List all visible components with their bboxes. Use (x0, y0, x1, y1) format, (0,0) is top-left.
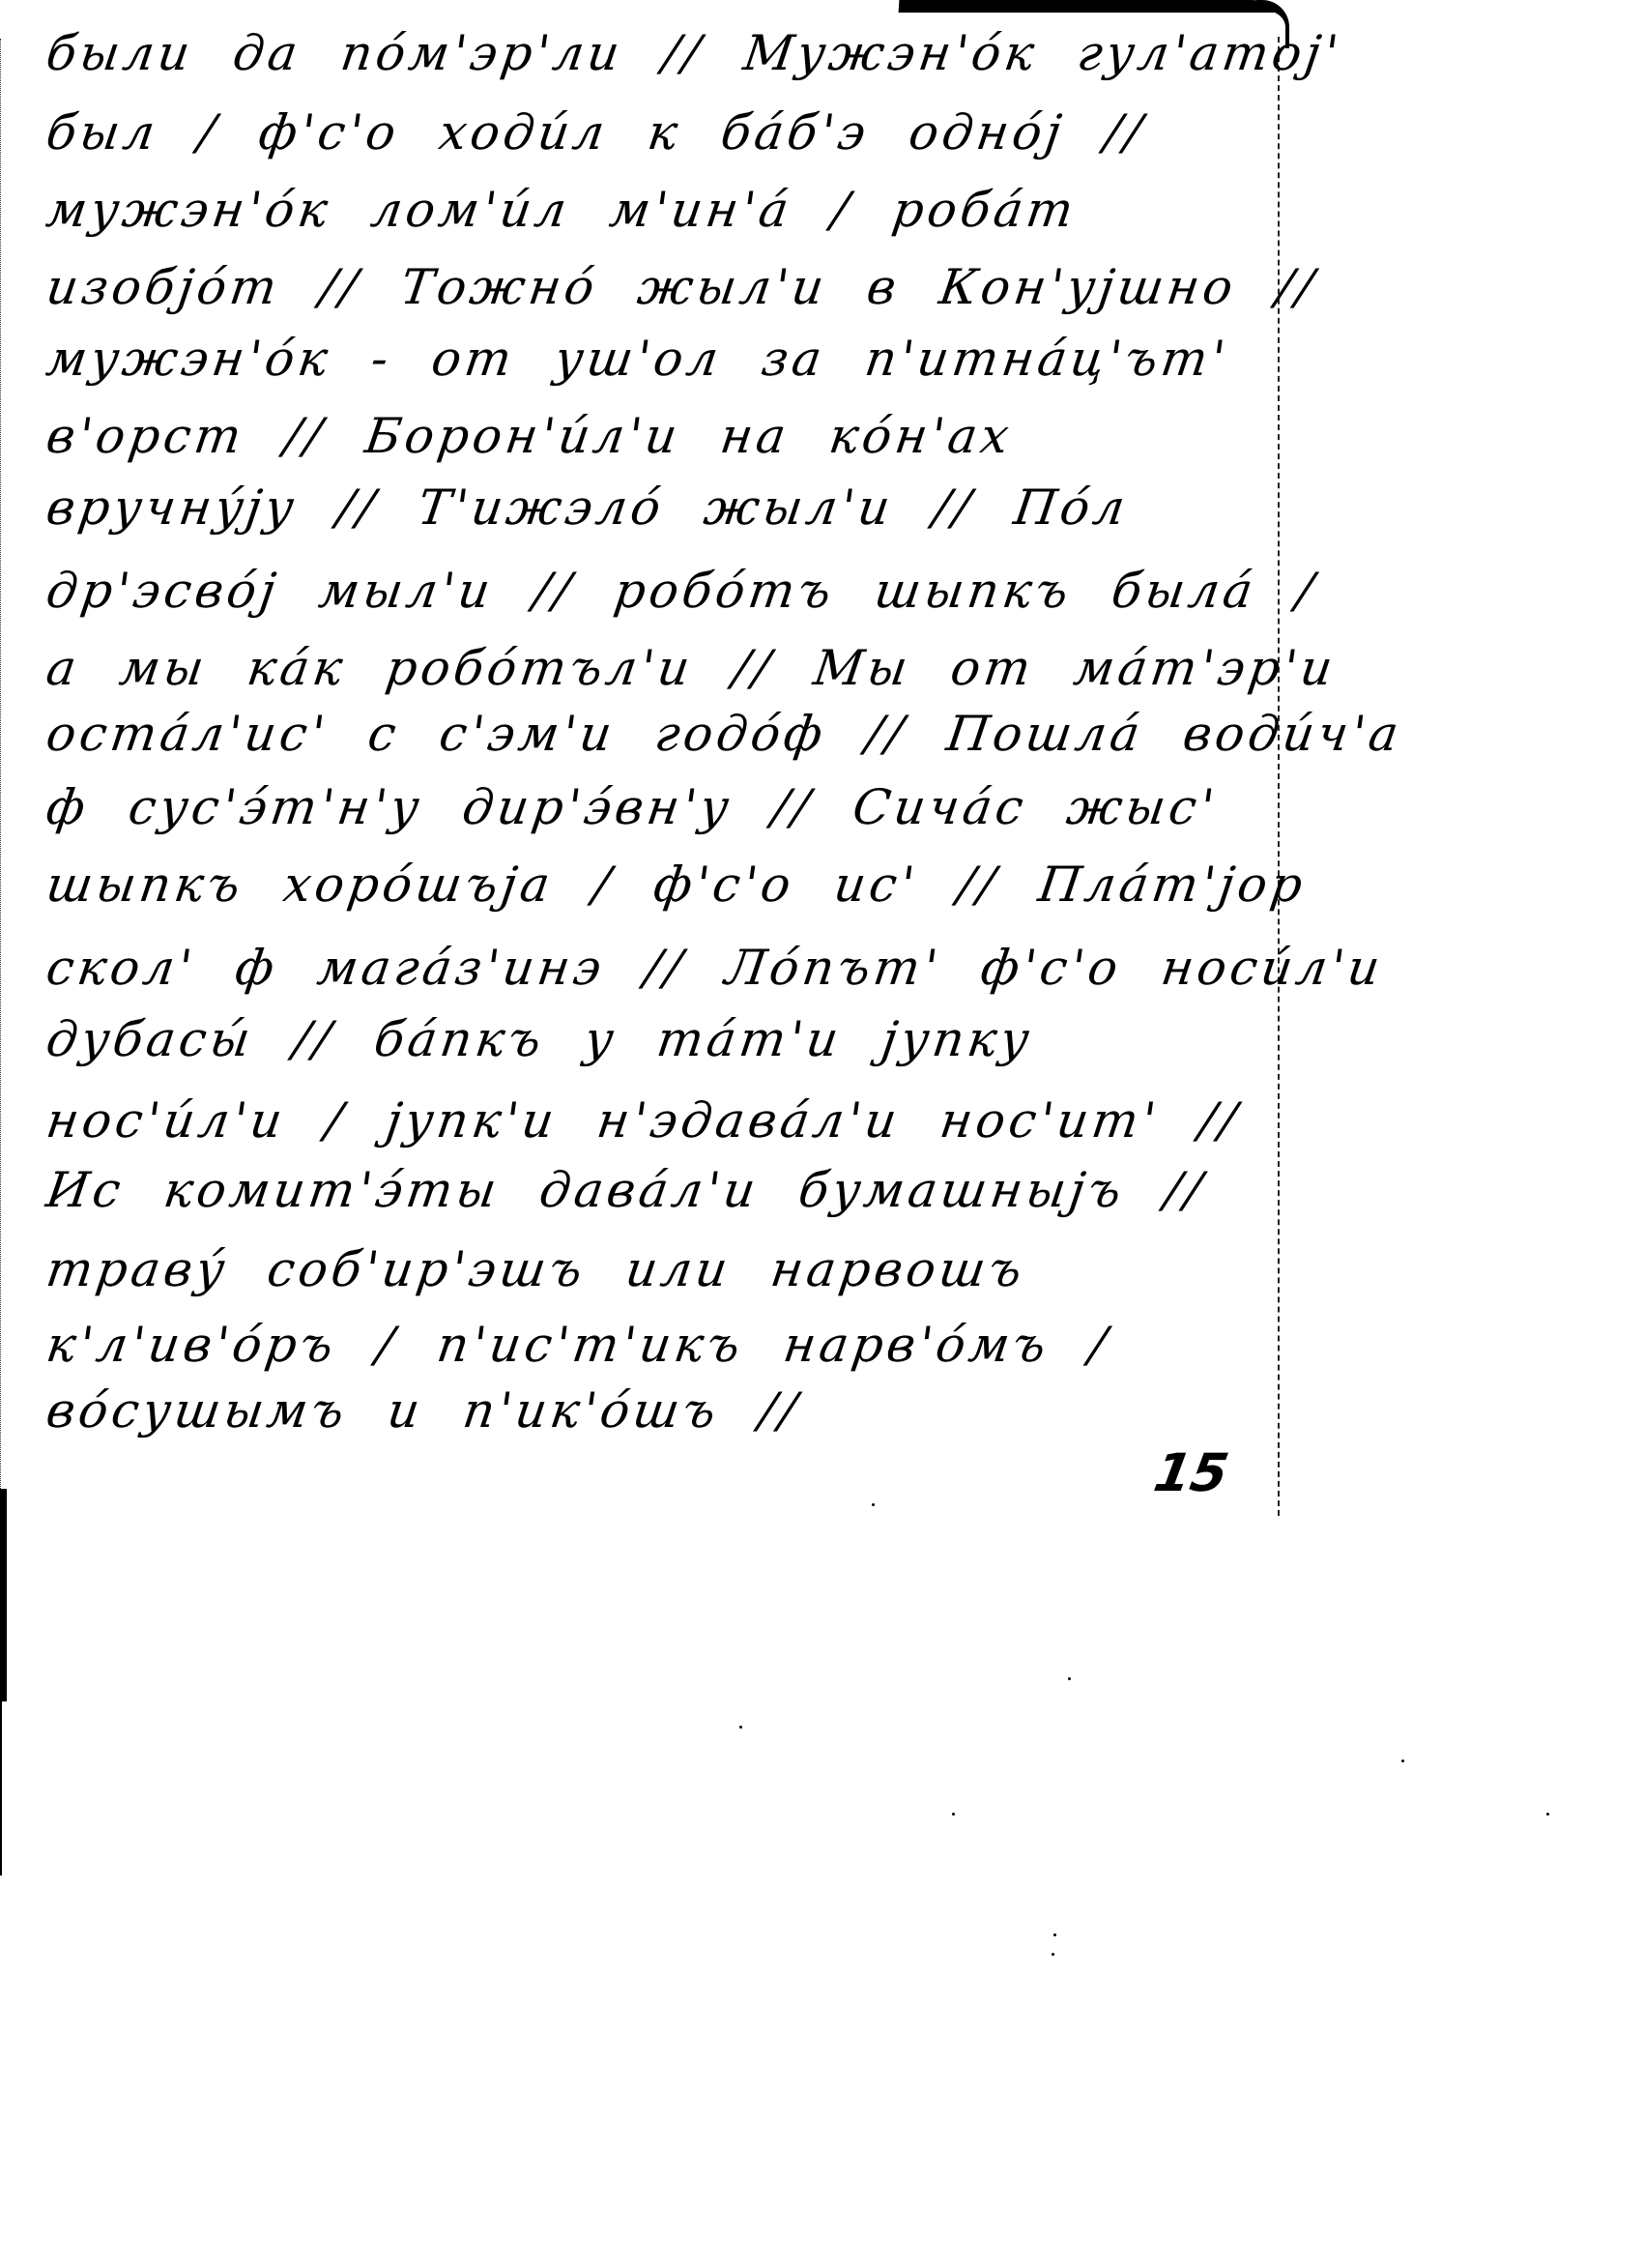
text-line-10: остáл'ис' с с'эм'и годóф // Пошлá водúч'… (43, 710, 1405, 758)
text-line-12: шыпкъ хорóшъjа / ф'с'о ис' // Плáт'jор (43, 860, 1310, 909)
text-line-4: изобjóт // Тожнó жыл'и в Кон'уjшно // (43, 263, 1320, 311)
scan-left-dark-edge (0, 1489, 7, 1701)
scan-speck (739, 1726, 742, 1729)
text-line-3: мужэн'óк лом'и́л м'ин'á / робáт (43, 186, 1080, 234)
text-line-8: др'эсвój мыл'и // робóтъ шыпкъ былá / (43, 567, 1320, 615)
text-line-2: был / ф'с'о ходи́л к бáб'э однój // (43, 108, 1148, 157)
text-line-13: скол' ф магáз'инэ // Лóпът' ф'с'о носúл'… (43, 944, 1387, 992)
text-line-5: мужэн'óк - от уш'ол за п'итнáц'ът' (43, 334, 1231, 383)
page-left-border (0, 39, 1, 1489)
scan-speck (1052, 1953, 1054, 1956)
scan-speck (1053, 1934, 1056, 1936)
text-line-18: к'л'ив'óръ / п'ис'т'икъ нарв'óмъ / (43, 1321, 1113, 1369)
text-line-11: ф сус'э́т'н'у дир'э́вн'у // Сичáс жыс' (43, 783, 1221, 831)
text-line-7: вручнýjу // Т'ижэлó жыл'и // Пóл (43, 483, 1132, 532)
text-line-17: травý соб'ир'эшъ или нарвошъ (43, 1245, 1028, 1294)
text-line-15: нос'úл'и / jупк'и н'эдавáл'и нос'ит' // (43, 1096, 1243, 1145)
text-line-14: дубасы́ // бáпкъ у тáт'и jупку (43, 1015, 1036, 1063)
page-top-shadow-edge (899, 0, 1279, 13)
text-line-6: в'орст // Борон'и́л'и на кóн'ах (43, 412, 1016, 460)
scan-speck (1546, 1813, 1549, 1816)
scan-speck (872, 1503, 875, 1506)
scan-speck (952, 1813, 955, 1816)
text-line-19: вóсушымъ и п'ик'óшъ // (43, 1386, 803, 1435)
scan-left-thin-edge (0, 1701, 2, 1875)
text-line-1: были да пóм'эр'ли // Мужэн'óк гул'атoj' (43, 29, 1344, 77)
document-page: были да пóм'эр'ли // Мужэн'óк гул'атoj' … (0, 0, 1283, 1518)
scan-speck (1068, 1677, 1071, 1680)
text-line-9: а мы кáк робóтъл'и // Мы от мáт'эр'и (43, 644, 1340, 692)
text-line-16: Ис комит'э́ты давáл'и бумашныjъ // (43, 1166, 1209, 1214)
scan-speck (1401, 1759, 1404, 1762)
page-number: 15 (1149, 1442, 1232, 1503)
